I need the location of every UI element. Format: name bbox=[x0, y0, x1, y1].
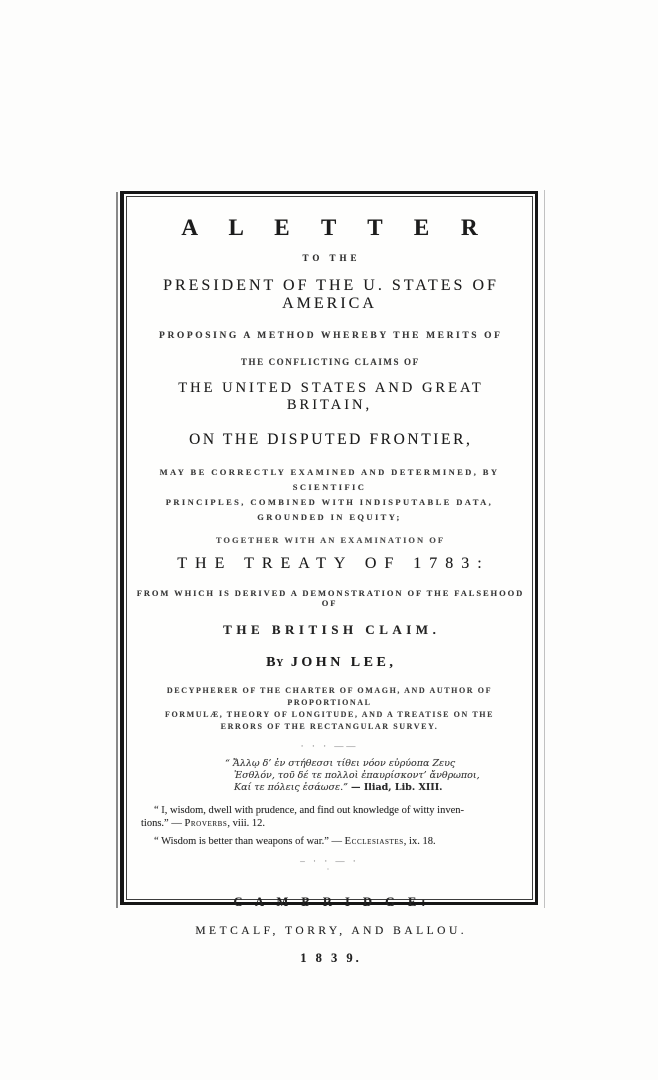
author-credits: DECYPHERER OF THE CHARTER OF OMAGH, AND … bbox=[133, 685, 526, 733]
disputed-frontier-line: ON THE DISPUTED FRONTIER, bbox=[133, 431, 526, 449]
proverbs-text: “ I, wisdom, dwell with prudence, and fi… bbox=[154, 805, 464, 816]
addressee-line: PRESIDENT OF THE U. STATES OF AMERICA bbox=[133, 277, 526, 313]
method-line-3: GROUNDED IN EQUITY; bbox=[133, 510, 526, 525]
credit-line-2: FORMULÆ, THEORY OF LONGITUDE, AND A TREA… bbox=[133, 709, 526, 721]
author-name: JOHN LEE, bbox=[284, 655, 396, 670]
greek-line-3-text: Καί τε πόλεις ἐσάωσε.” bbox=[234, 782, 351, 793]
greek-line-1: “ Ἄλλῳ δ’ ἐν στήθεσσι τίθει νόον εὐρύοπα… bbox=[225, 758, 495, 770]
proposal-line-1: PROPOSING A METHOD WHEREBY THE MERITS OF bbox=[133, 331, 526, 342]
greek-epigraph: “ Ἄλλῳ δ’ ἐν στήθεσσι τίθει νόον εὐρύοπα… bbox=[225, 758, 495, 794]
ecclesiastes-ref: , ix. 18. bbox=[404, 836, 436, 847]
title-page-content: A L E T T E R TO THE PRESIDENT OF THE U.… bbox=[127, 197, 532, 899]
derivation-line: FROM WHICH IS DERIVED A DEMONSTRATION OF… bbox=[133, 588, 526, 608]
method-line-1: MAY BE CORRECTLY EXAMINED AND DETERMINED… bbox=[133, 465, 526, 495]
ecclesiastes-epigraph: “ Wisdom is better than weapons of war.”… bbox=[133, 835, 526, 848]
ecclesiastes-text: “ Wisdom is better than weapons of war.”… bbox=[154, 836, 345, 847]
by-word: By bbox=[266, 655, 284, 670]
method-statement: MAY BE CORRECTLY EXAMINED AND DETERMINED… bbox=[133, 465, 526, 525]
claim-parties-line: THE UNITED STATES AND GREAT BRITAIN, bbox=[133, 380, 526, 414]
proverbs-line-1: “ I, wisdom, dwell with prudence, and fi… bbox=[141, 804, 518, 817]
divider-ornament-2: – · · — · · bbox=[133, 857, 526, 874]
greek-citation: — Iliad, Lib. XIII. bbox=[351, 782, 442, 793]
divider-ornament-1: · · · —— bbox=[133, 742, 526, 750]
proverbs-text-cont: tions.” — bbox=[141, 818, 184, 829]
ecclesiastes-citation: Ecclesiastes bbox=[345, 836, 404, 847]
proverbs-citation: Proverbs bbox=[184, 818, 227, 829]
method-line-2: PRINCIPLES, COMBINED WITH INDISPUTABLE D… bbox=[133, 495, 526, 510]
scan-edge-artifact-right bbox=[544, 190, 545, 908]
greek-line-3: Καί τε πόλεις ἐσάωσε.” — Iliad, Lib. XII… bbox=[225, 782, 495, 794]
proverbs-epigraph: “ I, wisdom, dwell with prudence, and fi… bbox=[133, 804, 526, 830]
scanned-title-page: A L E T T E R TO THE PRESIDENT OF THE U.… bbox=[0, 0, 658, 1080]
credit-line-3: ERRORS OF THE RECTANGULAR SURVEY. bbox=[133, 721, 526, 733]
imprint-city: C A M B R I D G E: bbox=[133, 895, 526, 909]
imprint-publisher: METCALF, TORRY, AND BALLOU. bbox=[133, 925, 526, 938]
british-claim-line: THE BRITISH CLAIM. bbox=[133, 622, 526, 637]
credit-line-1: DECYPHERER OF THE CHARTER OF OMAGH, AND … bbox=[133, 685, 526, 709]
page-border-inner: A L E T T E R TO THE PRESIDENT OF THE U.… bbox=[126, 196, 533, 900]
treaty-title-line: THE TREATY OF 1783: bbox=[133, 555, 526, 573]
scan-edge-artifact-left bbox=[116, 192, 118, 908]
book-title: A L E T T E R bbox=[133, 215, 526, 241]
page-border-outer: A L E T T E R TO THE PRESIDENT OF THE U.… bbox=[120, 191, 538, 905]
together-with-line: TOGETHER WITH AN EXAMINATION OF bbox=[133, 535, 526, 545]
author-byline: By JOHN LEE, bbox=[133, 655, 526, 671]
greek-line-2: Ἐσθλόν, τοῦ δέ τε πολλοὶ ἐπαυρίσκοντ’ ἄν… bbox=[225, 770, 495, 782]
proverbs-ref: , viii. 12. bbox=[227, 818, 265, 829]
title-connector: TO THE bbox=[133, 253, 526, 263]
imprint-year: 1 8 3 9. bbox=[133, 951, 526, 965]
proverbs-line-2: tions.” — Proverbs, viii. 12. bbox=[141, 817, 518, 830]
divider-dot: · bbox=[133, 865, 526, 874]
proposal-line-2: THE CONFLICTING CLAIMS OF bbox=[133, 357, 526, 367]
